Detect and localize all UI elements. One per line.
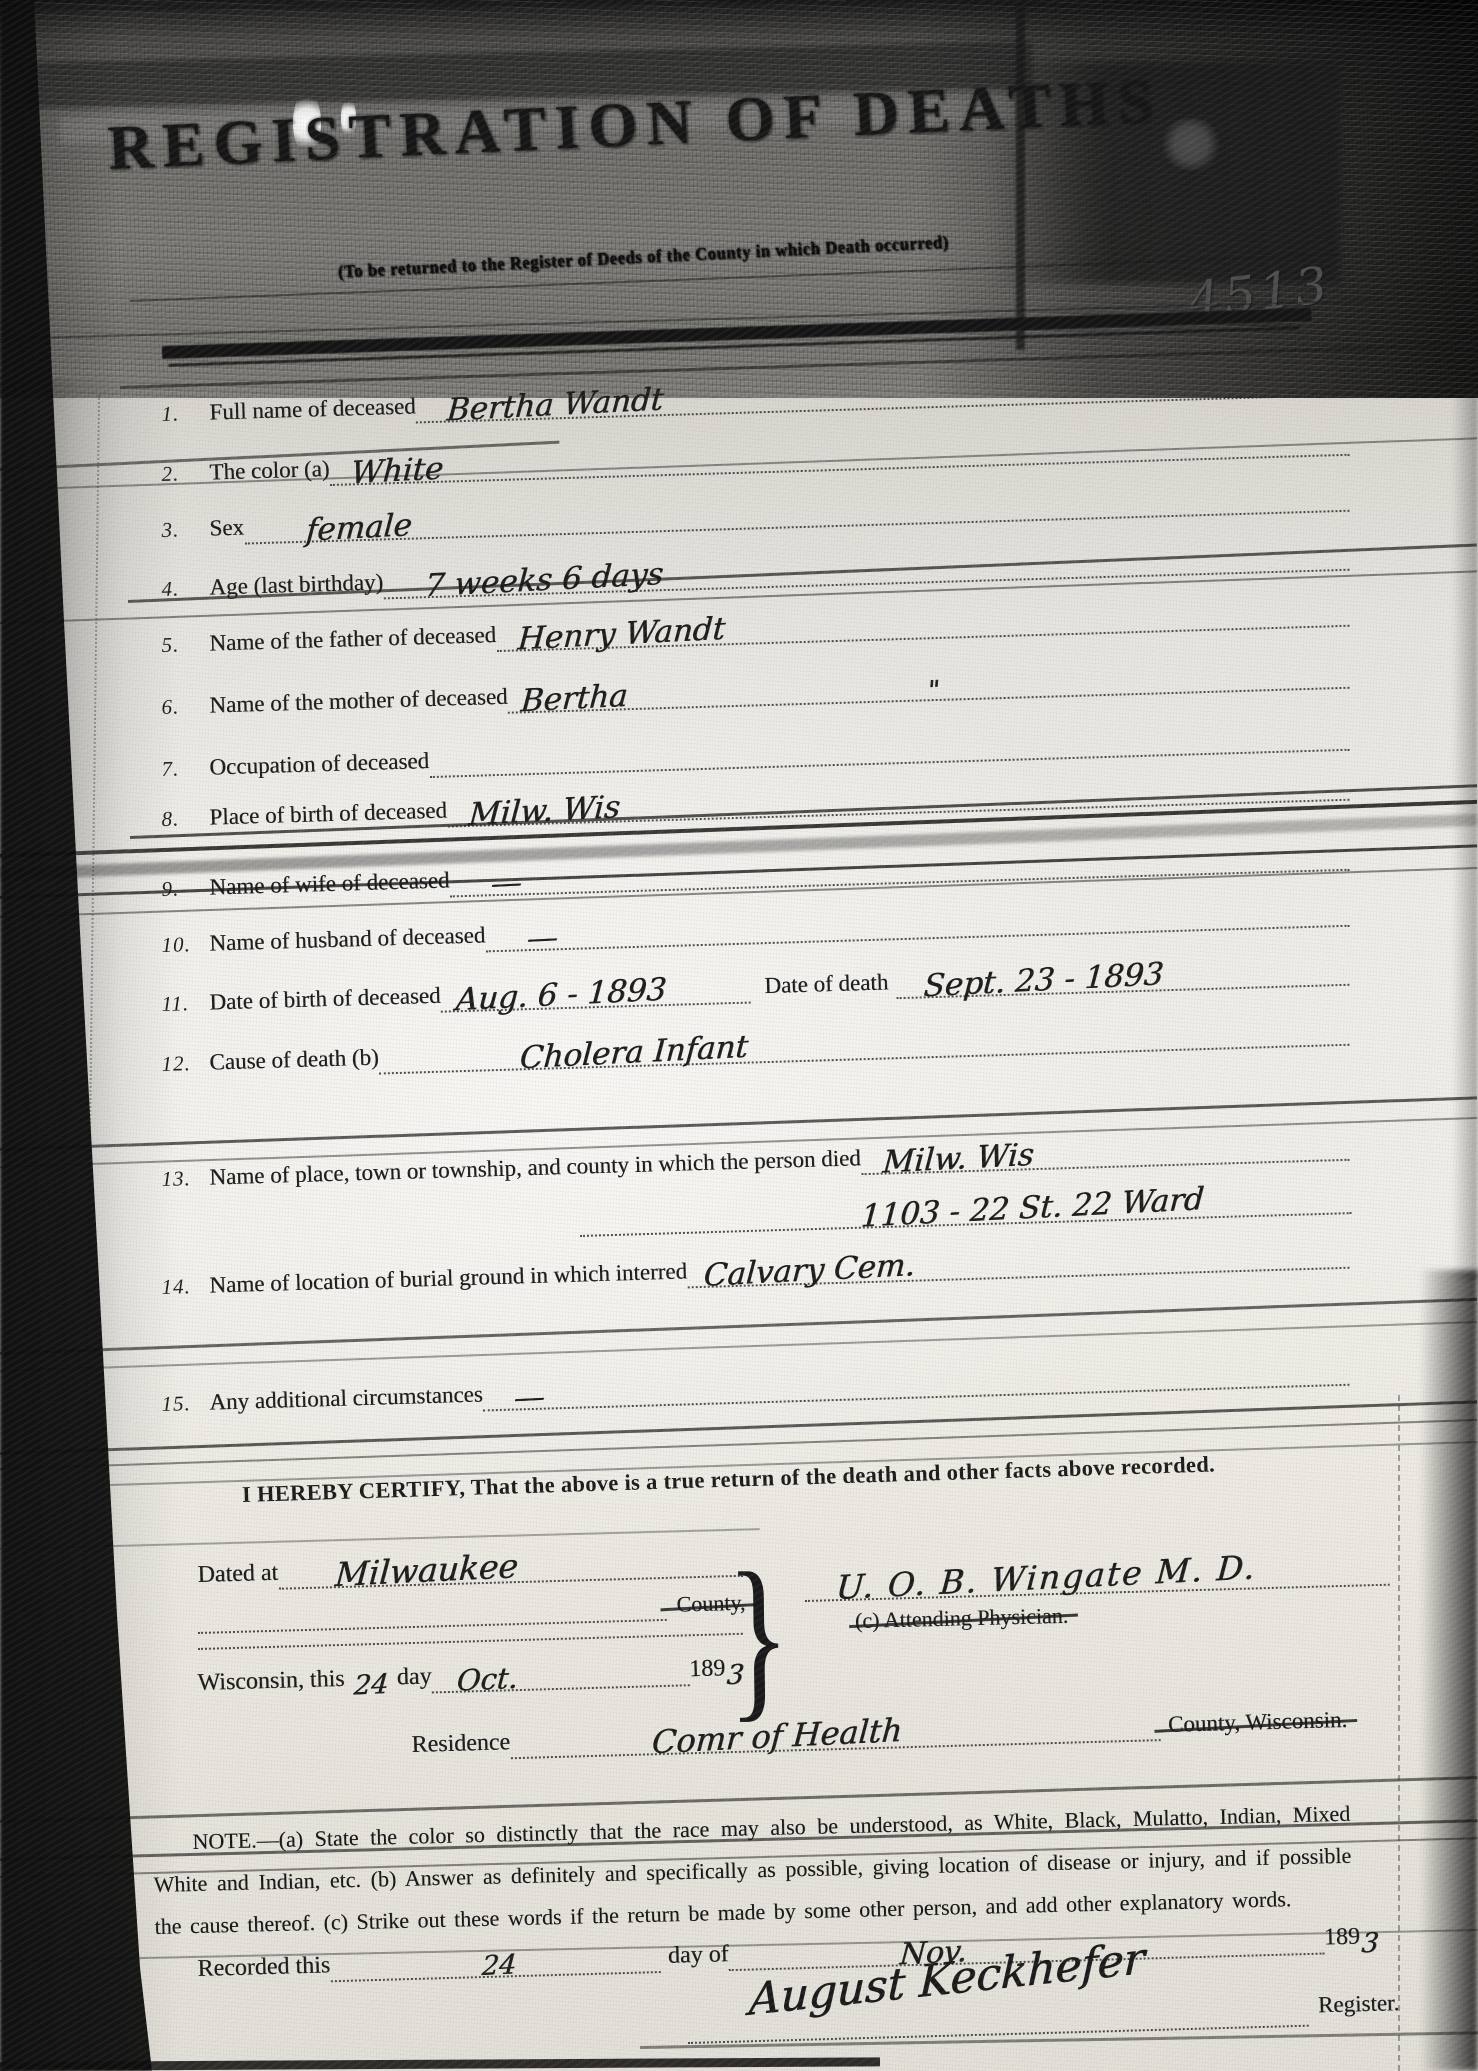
field-label: Sex xyxy=(209,515,244,546)
residence-suffix-label: County, Wisconsin. xyxy=(1160,1707,1348,1741)
state-line-label: Wisconsin, this xyxy=(197,1666,345,1700)
year-printed: 189 xyxy=(689,1655,726,1686)
day-label: day xyxy=(396,1663,431,1694)
scan-right-shadow xyxy=(1452,390,1478,1280)
field-value-handwritten: Aug. 6 - 1893 xyxy=(455,976,667,1013)
field-value-handwritten: Sept. 23 - 1893 xyxy=(923,961,1165,1000)
field-value-handwritten: Calvary Cem. xyxy=(703,1252,916,1289)
state-date-row: Wisconsin, this 24 day Oct. 189 3 xyxy=(197,1643,743,1700)
dotted-line: Comr of Health xyxy=(509,1695,1160,1759)
dotted-line: U. O. B. Wingate M. D. xyxy=(804,1540,1390,1602)
residence-row: Residence Comr of Health County, Wiscons… xyxy=(411,1694,1348,1762)
field-value-handwritten: — xyxy=(513,1384,546,1412)
field-value-handwritten: White xyxy=(350,455,444,486)
field-value-handwritten: Milw. Wis xyxy=(881,1142,1034,1176)
register-label: Register. xyxy=(1308,1990,1400,2027)
residence-handwritten: Comr of Health xyxy=(651,1717,903,1757)
dotted-line: Aug. 6 - 1893 xyxy=(440,958,751,1013)
field-value-handwritten: Cholera Infant xyxy=(519,1033,749,1071)
field-label: Occupation of deceased xyxy=(209,748,429,785)
scanned-death-registration-page: REGISTRATION OF DEATHS (To be returned t… xyxy=(0,0,1478,2071)
scan-dark-smudge xyxy=(990,62,1340,284)
field-value-handwritten: — xyxy=(490,869,523,897)
dotted-line: Oct. xyxy=(431,1640,690,1693)
ditto-mark: " xyxy=(927,679,941,702)
field-label: Name of husband of deceased xyxy=(209,922,486,960)
field-value-handwritten: Henry Wandt xyxy=(517,616,726,653)
recorded-label: Recorded this xyxy=(197,1952,330,1986)
field-label: Place of birth of deceased xyxy=(209,798,447,835)
dotted-line: Calvary Cem. xyxy=(686,1223,1349,1289)
field-label: Name of wife of deceased xyxy=(209,867,450,904)
recorded-year-printed: 189 xyxy=(1324,1924,1361,1955)
residence-label: Residence xyxy=(411,1729,510,1762)
field-value-handwritten: Bertha xyxy=(520,682,629,714)
field-value-handwritten: 7 weeks 6 days xyxy=(424,561,664,600)
field-label: The color (a) xyxy=(209,456,330,490)
field-row-15: 15. Any additional circumstances — xyxy=(161,1342,1350,1421)
dotted-line: 24 xyxy=(329,1927,660,1982)
field-label: Name of the mother of deceased xyxy=(209,684,508,723)
recorded-year-handwritten: 3 xyxy=(1360,1933,1379,1957)
attending-physician-label: (c) Attending Physician. xyxy=(855,1603,1069,1634)
field-row-14: 14. Name of location of burial ground in… xyxy=(161,1225,1350,1304)
field-value-handwritten: Milw. Wis xyxy=(467,794,620,828)
day-handwritten: 24 xyxy=(353,1674,389,1699)
field-label: Date of birth of deceased xyxy=(209,983,441,1020)
field-label-2: Date of death xyxy=(750,969,897,1003)
field-value-handwritten: female xyxy=(304,512,412,544)
field-label: Any additional circumstances xyxy=(209,1381,483,1419)
scan-right-black-edge xyxy=(1420,1270,1478,2071)
field-label: Age (last birthday) xyxy=(209,569,384,604)
dotted-line: Milw. Wis xyxy=(860,1115,1350,1175)
field-value-handwritten: Bertha Wandt xyxy=(446,386,664,423)
field-label: Name of the father of deceased xyxy=(209,622,496,660)
month-handwritten: Oct. xyxy=(456,1666,519,1694)
recorded-day-handwritten: 24 xyxy=(481,1954,517,1979)
field-label: Full name of deceased xyxy=(209,393,416,429)
closing-brace: } xyxy=(726,1550,791,1724)
dotted-line: Bertha " xyxy=(507,643,1350,714)
field-value-handwritten: 1103 - 22 St. 22 Ward xyxy=(860,1186,1205,1230)
field-value-handwritten: — xyxy=(526,924,559,952)
dotted-line: — xyxy=(482,1340,1350,1412)
dotted-line: Sept. 23 - 1893 xyxy=(895,940,1349,999)
physician-signature-row: U. O. B. Wingate M. D. xyxy=(804,1544,1390,1602)
day-of-label: day of xyxy=(668,1941,729,1973)
physician-signature-handwritten: U. O. B. Wingate M. D. xyxy=(835,1553,1257,1602)
field-label: Cause of death (b) xyxy=(209,1045,379,1080)
certification-statement: I HEREBY CERTIFY, That the above is a tr… xyxy=(242,1447,1354,1508)
field-label: Name of location of burial ground in whi… xyxy=(209,1258,687,1302)
scan-vertical-line xyxy=(1016,0,1025,350)
right-margin-rule xyxy=(1398,1395,1400,2071)
